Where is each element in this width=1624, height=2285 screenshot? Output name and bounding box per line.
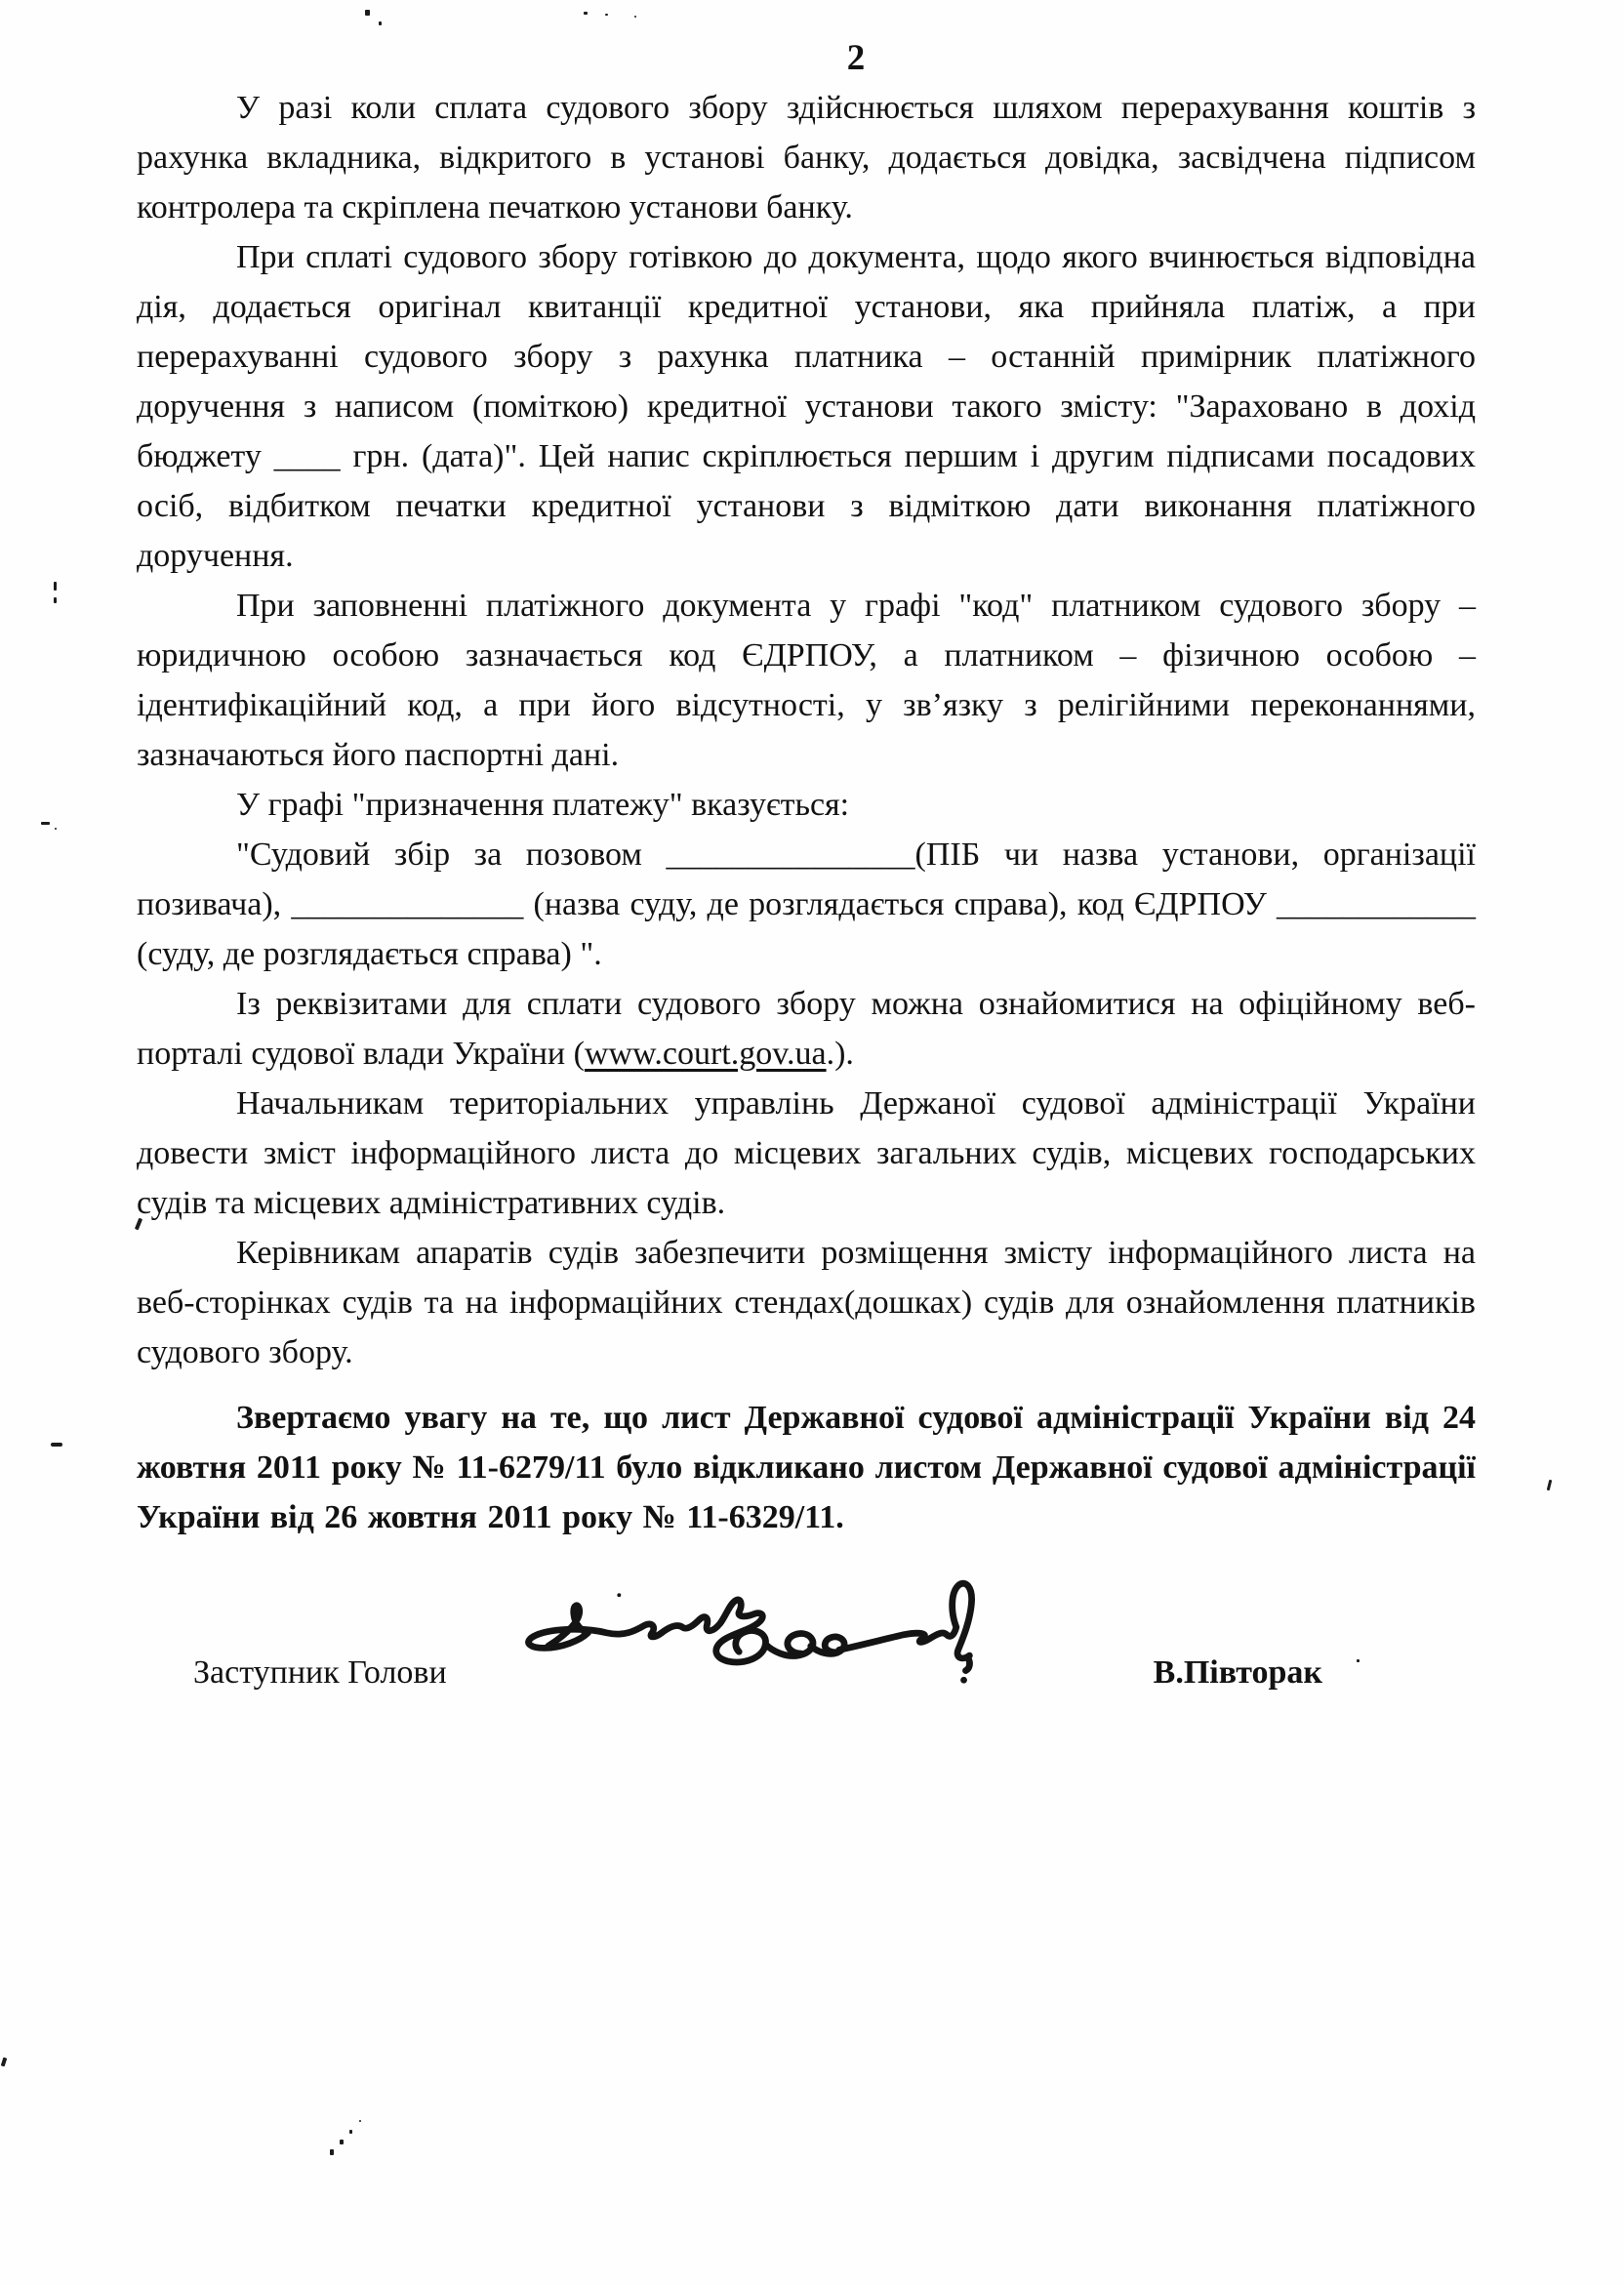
paragraph-requisites: Із реквізитами для сплати судового збору… (137, 979, 1476, 1079)
paragraph-cash-payment: При сплаті судового збору готівкою до до… (137, 232, 1476, 581)
scan-speck (1, 2058, 8, 2067)
paragraph-letter-recalled: Звертаємо увагу на те, що лист Державної… (137, 1393, 1476, 1542)
scan-speck (365, 10, 370, 16)
scan-speck (584, 12, 588, 15)
scan-speck (634, 16, 636, 18)
document-body: 2 У разі коли сплата судового збору здій… (137, 33, 1476, 1741)
scan-speck (340, 2140, 344, 2144)
scan-speck (41, 822, 50, 825)
court-portal-url: www.court.gov.ua (585, 1036, 827, 1072)
handwritten-signature-icon (482, 1575, 1068, 1741)
paragraph-payment-purpose-template: "Судовий збір за позовом _______________… (137, 830, 1476, 979)
scan-speck (55, 828, 57, 830)
scan-speck (605, 14, 608, 16)
requisites-text-after: .). (827, 1036, 854, 1072)
scan-speck (359, 2120, 361, 2122)
paragraph-bank-transfer: У разі коли сплата судового збору здійсн… (137, 83, 1476, 232)
paragraph-court-staff: Керівникам апаратів судів забезпечити ро… (137, 1228, 1476, 1377)
paragraph-heads-of-departments: Начальникам територіальних управлінь Дер… (137, 1079, 1476, 1228)
scan-speck (349, 2130, 352, 2134)
document-page: 2 У разі коли сплата судового збору здій… (0, 0, 1624, 2285)
signatory-title: Заступник Голови (193, 1648, 447, 1697)
page-number: 2 (137, 33, 1476, 83)
scan-speck (51, 1443, 62, 1447)
scan-speck (1547, 1480, 1553, 1490)
scan-speck (330, 2149, 334, 2155)
paragraph-code-field: При заповненні платіжного документа у гр… (137, 581, 1476, 780)
signatory-name: В.Півторак (1154, 1648, 1322, 1697)
signature-row: Заступник Голови В.Півторак (137, 1603, 1476, 1741)
scan-speck (1357, 1659, 1360, 1662)
scan-speck (379, 21, 382, 25)
paragraph-payment-purpose-intro: У графі "призначення платежу" вказується… (137, 780, 1476, 830)
scan-speck (54, 597, 57, 603)
scan-speck (54, 582, 57, 591)
